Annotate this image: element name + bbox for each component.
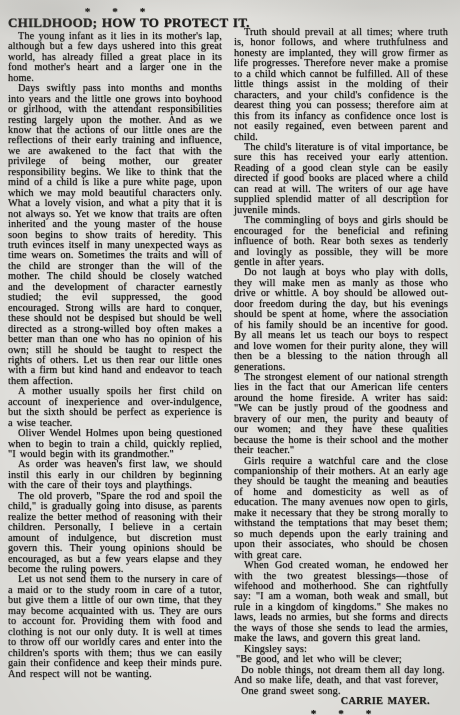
paragraph: Truth should prevail at all times; where… xyxy=(234,28,448,143)
paragraph: The old proverb, "Spare the rod and spoi… xyxy=(8,492,222,576)
paragraph: Girls require a watchful care and the cl… xyxy=(234,457,448,562)
paragraph: Days swiftly pass into months and months… xyxy=(8,84,222,387)
paragraph: As order was heaven's first law, we shou… xyxy=(8,460,222,491)
paragraph: The commingling of boys and girls should… xyxy=(234,216,448,268)
paragraph: Let us not send them to the nursery in c… xyxy=(8,575,222,680)
paragraph: The young infant as it lies in its mothe… xyxy=(8,32,222,84)
right-column: Truth should prevail at all times; where… xyxy=(234,5,448,715)
paragraph: Oliver Wendel Holmes upon being question… xyxy=(8,429,222,460)
author-signature: CARRIE MAYER. xyxy=(234,697,448,707)
article-title: CHILDHOOD; HOW TO PROTECT IT. xyxy=(8,18,222,28)
paragraph: When God created woman, he endowed her w… xyxy=(234,561,448,645)
bottom-ornament: * * * xyxy=(234,709,448,715)
newspaper-article: * * * CHILDHOOD; HOW TO PROTECT IT. The … xyxy=(0,0,460,715)
paragraph: Do not laugh at boys who play with dolls… xyxy=(234,268,448,373)
kingsley-poem: "Be good, and let who will be clever; Do… xyxy=(234,655,448,697)
poem-line: And so make life, death, and that vast f… xyxy=(234,676,448,686)
paragraph: The strongest element of our national st… xyxy=(234,373,448,457)
paragraph: A mother usually spoils her first child … xyxy=(8,387,222,429)
left-column: * * * CHILDHOOD; HOW TO PROTECT IT. The … xyxy=(8,5,222,715)
paragraph: The child's literature is of vital impor… xyxy=(234,143,448,216)
